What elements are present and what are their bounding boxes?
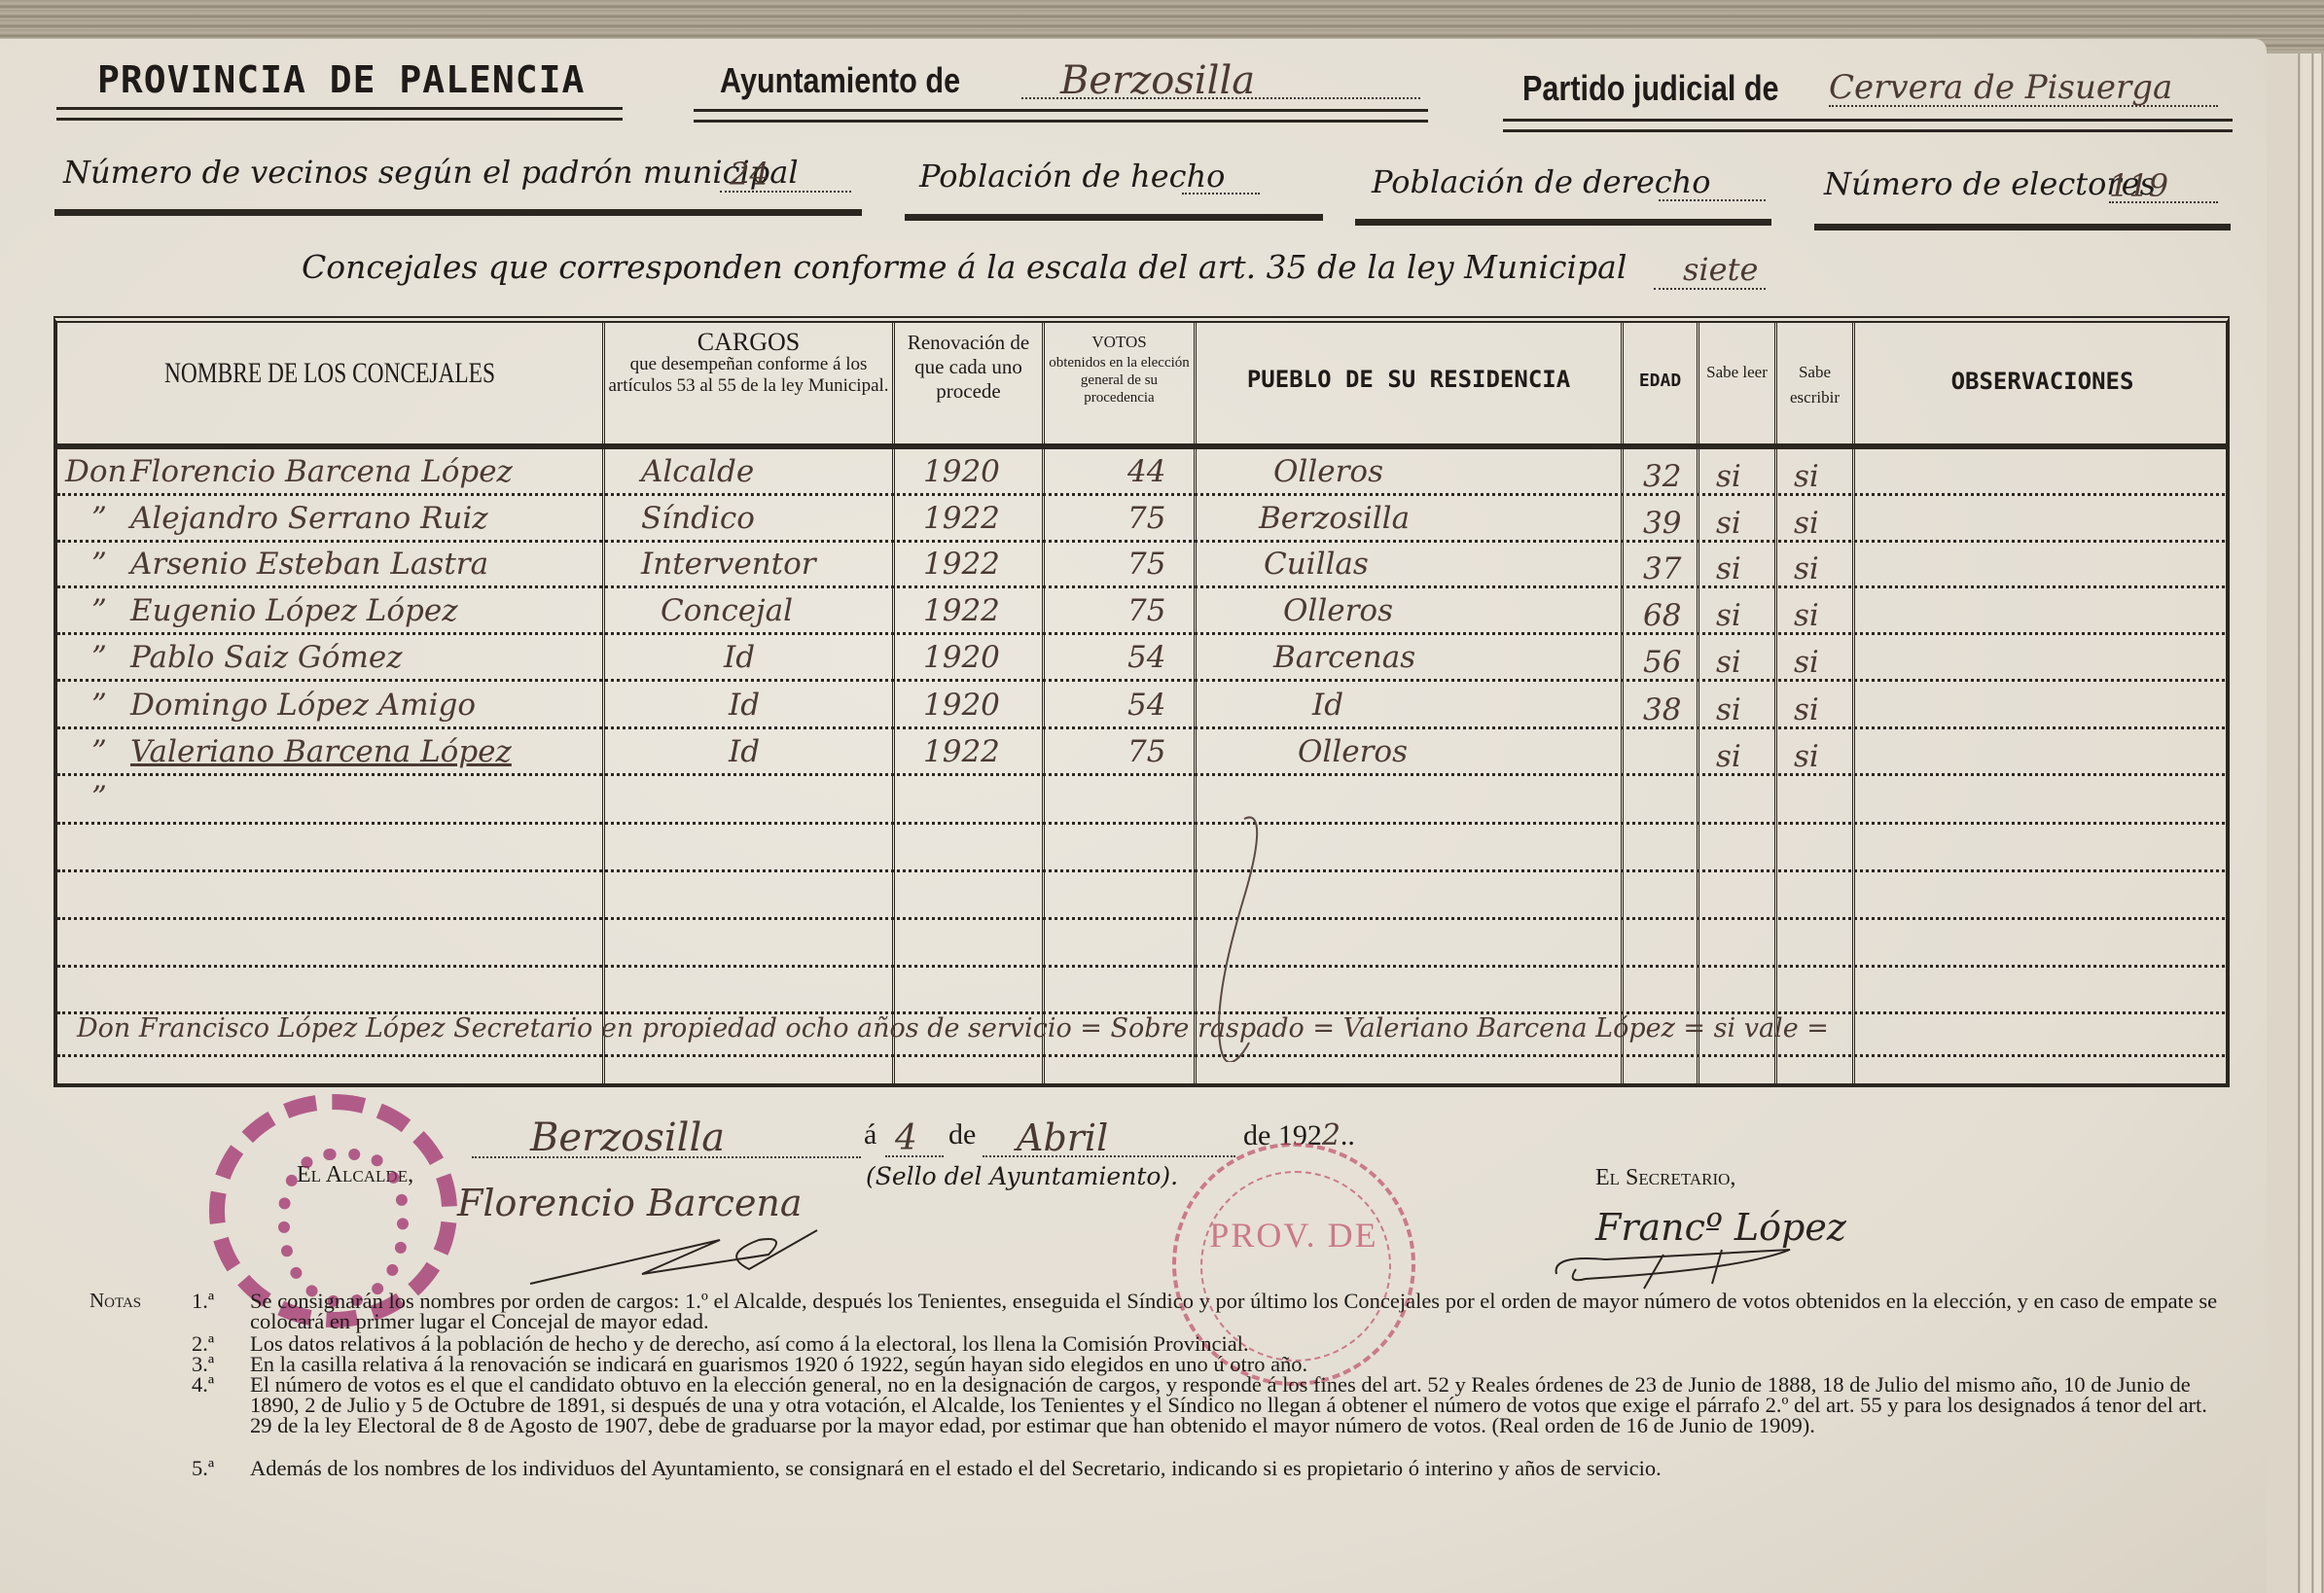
cell-nombre: Domingo López Amigo: [130, 688, 476, 723]
electores-label: Número de electores: [1824, 165, 2156, 202]
cell-votos: 75: [1127, 593, 1165, 628]
cell-pueblo: Olleros: [1283, 593, 1393, 628]
cell-edad: 38: [1643, 692, 1681, 727]
cell-cargo: Alcalde: [641, 454, 754, 489]
cell-pueblo: Olleros: [1273, 454, 1383, 489]
notes-label: Notas: [89, 1291, 141, 1311]
cell-renovacion: 1920: [923, 640, 1000, 675]
cell-escribir: si: [1794, 551, 1819, 586]
ayuntamiento-value: Berzosilla: [1060, 58, 1255, 103]
cell-escribir: si: [1794, 459, 1819, 494]
cell-edad: 39: [1643, 506, 1681, 541]
poblacion-derecho-field: [1659, 167, 1766, 201]
header-pueblo: PUEBLO DE SU RESIDENCIA: [1197, 368, 1621, 391]
cell-escribir: si: [1794, 692, 1819, 727]
cell-nombre: Arsenio Esteban Lastra: [130, 547, 488, 582]
cell-nombre: Alejandro Serrano Ruiz: [130, 501, 488, 536]
day-field: 4: [885, 1118, 944, 1157]
cell-nombre: Florencio Barcena López: [130, 454, 513, 489]
vecinos-field: 24: [720, 156, 851, 193]
divider: [1355, 219, 1771, 226]
header-cargos: CARGOS que desempeñan conforme á los art…: [605, 331, 892, 397]
day-value: 4: [895, 1118, 917, 1158]
partido-field: Cervera de Pisuerga: [1829, 68, 2218, 107]
cell-pueblo: Barcenas: [1273, 640, 1415, 675]
note-item: 2.ª Los datos relativos á la población d…: [192, 1333, 2235, 1354]
divider: [54, 209, 862, 216]
poblacion-hecho-field: [1182, 160, 1260, 195]
cell-edad: 32: [1643, 459, 1681, 494]
header-renovacion: Renovación de que cada uno procede: [895, 331, 1042, 404]
cell-renovacion: 1922: [923, 734, 1000, 769]
cell-leer: si: [1716, 739, 1741, 774]
cell-renovacion: 1920: [923, 454, 1000, 489]
secretary-note: Don Francisco López López Secretario en …: [77, 1013, 1829, 1044]
cell-pueblo: Id: [1312, 688, 1343, 723]
cell-pueblo: Olleros: [1298, 734, 1408, 769]
cell-votos: 75: [1127, 501, 1165, 536]
note-item: 3.ª En la casilla relativa á la renovaci…: [192, 1354, 2235, 1374]
cell-cargo: Interventor: [641, 547, 816, 582]
secretario-label: El Secretario,: [1595, 1165, 1735, 1191]
header-nombre: NOMBRE DE LOS CONCEJALES: [118, 362, 543, 385]
concejales-table: NOMBRE DE LOS CONCEJALES CARGOS que dese…: [54, 316, 2230, 1087]
cell-cargo: Concejal: [661, 593, 793, 628]
sello-label: (Sello del Ayuntamiento).: [866, 1162, 1178, 1190]
cell-leer: si: [1716, 598, 1741, 633]
cell-nombre: Eugenio López López: [130, 593, 458, 628]
cell-pueblo: Berzosilla: [1259, 501, 1410, 536]
divider: [905, 214, 1323, 221]
cell-cargo: Id: [729, 734, 760, 769]
place-field: Berzosilla: [472, 1115, 861, 1158]
header-observaciones: OBSERVACIONES: [1855, 370, 2230, 393]
divider: [56, 107, 623, 121]
cell-votos: 75: [1127, 734, 1165, 769]
cell-cargo: Id: [724, 640, 755, 675]
cell-cargo: Síndico: [641, 501, 755, 536]
cell-edad: 37: [1643, 551, 1681, 586]
cell-pueblo: Cuillas: [1264, 547, 1369, 582]
note-item: 1.ª Se consignarán los nombres por orden…: [192, 1291, 2235, 1331]
ayuntamiento-label: Ayuntamiento de: [720, 60, 960, 101]
concejales-field: siete: [1654, 251, 1766, 290]
note-item: 4.ª El número de votos es el que el cand…: [192, 1374, 2235, 1435]
electores-value: 119: [2109, 167, 2168, 204]
cell-escribir: si: [1794, 645, 1819, 680]
cell-leer: si: [1716, 551, 1741, 586]
cell-renovacion: 1922: [923, 547, 1000, 582]
header-leer: Sabe leer: [1699, 360, 1774, 385]
signature-flourish: [525, 1216, 837, 1293]
column-divider: [1042, 323, 1045, 1083]
ayuntamiento-field: Berzosilla: [1021, 58, 1420, 99]
poblacion-hecho-label: Población de hecho: [919, 158, 1225, 195]
cell-leer: si: [1716, 459, 1741, 494]
column-divider: [1774, 323, 1777, 1083]
header-rule: [57, 443, 2230, 449]
cell-edad: 68: [1643, 598, 1681, 633]
cell-votos: 75: [1127, 547, 1165, 582]
cell-votos: 44: [1127, 454, 1165, 489]
header-edad: EDAD: [1624, 370, 1697, 393]
concejales-value: siete: [1683, 251, 1758, 288]
vecinos-label: Número de vecinos según el padrón munici…: [63, 154, 799, 191]
partido-value: Cervera de Pisuerga: [1829, 68, 2172, 107]
column-divider: [1194, 323, 1197, 1083]
partido-label: Partido judicial de: [1522, 68, 1779, 109]
cell-leer: si: [1716, 692, 1741, 727]
cell-renovacion: 1920: [923, 688, 1000, 723]
concejales-label: Concejales que corresponden conforme á l…: [302, 248, 1627, 286]
cell-votos: 54: [1127, 688, 1165, 723]
stamp-text: PROV. DE: [1176, 1215, 1412, 1256]
cell-cargo: Id: [729, 688, 760, 723]
cell-nombre: Pablo Saiz Gómez: [130, 640, 403, 675]
cell-escribir: si: [1794, 506, 1819, 541]
cell-nombre: Valeriano Barcena López: [130, 734, 512, 769]
cell-leer: si: [1716, 645, 1741, 680]
cell-leer: si: [1716, 506, 1741, 541]
divider: [1503, 119, 2233, 132]
column-divider: [1697, 323, 1699, 1083]
header-votos: VOTOS obtenidos en la elección general d…: [1045, 331, 1194, 407]
province-title: PROVINCIA DE PALENCIA: [97, 58, 585, 101]
column-divider: [1852, 323, 1855, 1083]
cell-escribir: si: [1794, 598, 1819, 633]
month-value: Abril: [1017, 1116, 1108, 1159]
cell-edad: 56: [1643, 645, 1681, 680]
column-divider: [602, 323, 605, 1083]
electores-field: 119: [2109, 167, 2218, 203]
divider: [1814, 224, 2231, 230]
column-divider: [1621, 323, 1624, 1083]
place-value: Berzosilla: [530, 1115, 725, 1160]
vecinos-value: 24: [730, 156, 769, 193]
cell-escribir: si: [1794, 739, 1819, 774]
coat-of-arms-icon: [278, 1149, 409, 1308]
cell-votos: 54: [1127, 640, 1165, 675]
month-field: Abril: [983, 1116, 1235, 1157]
cell-renovacion: 1922: [923, 501, 1000, 536]
column-divider: [892, 323, 895, 1083]
signature-flourish: [1547, 1235, 1839, 1293]
divider: [694, 109, 1428, 123]
header-escribir: Sabe escribir: [1777, 360, 1852, 410]
cell-renovacion: 1922: [923, 593, 1000, 628]
note-item: 5.ª Además de los nombres de los individ…: [192, 1458, 2235, 1478]
